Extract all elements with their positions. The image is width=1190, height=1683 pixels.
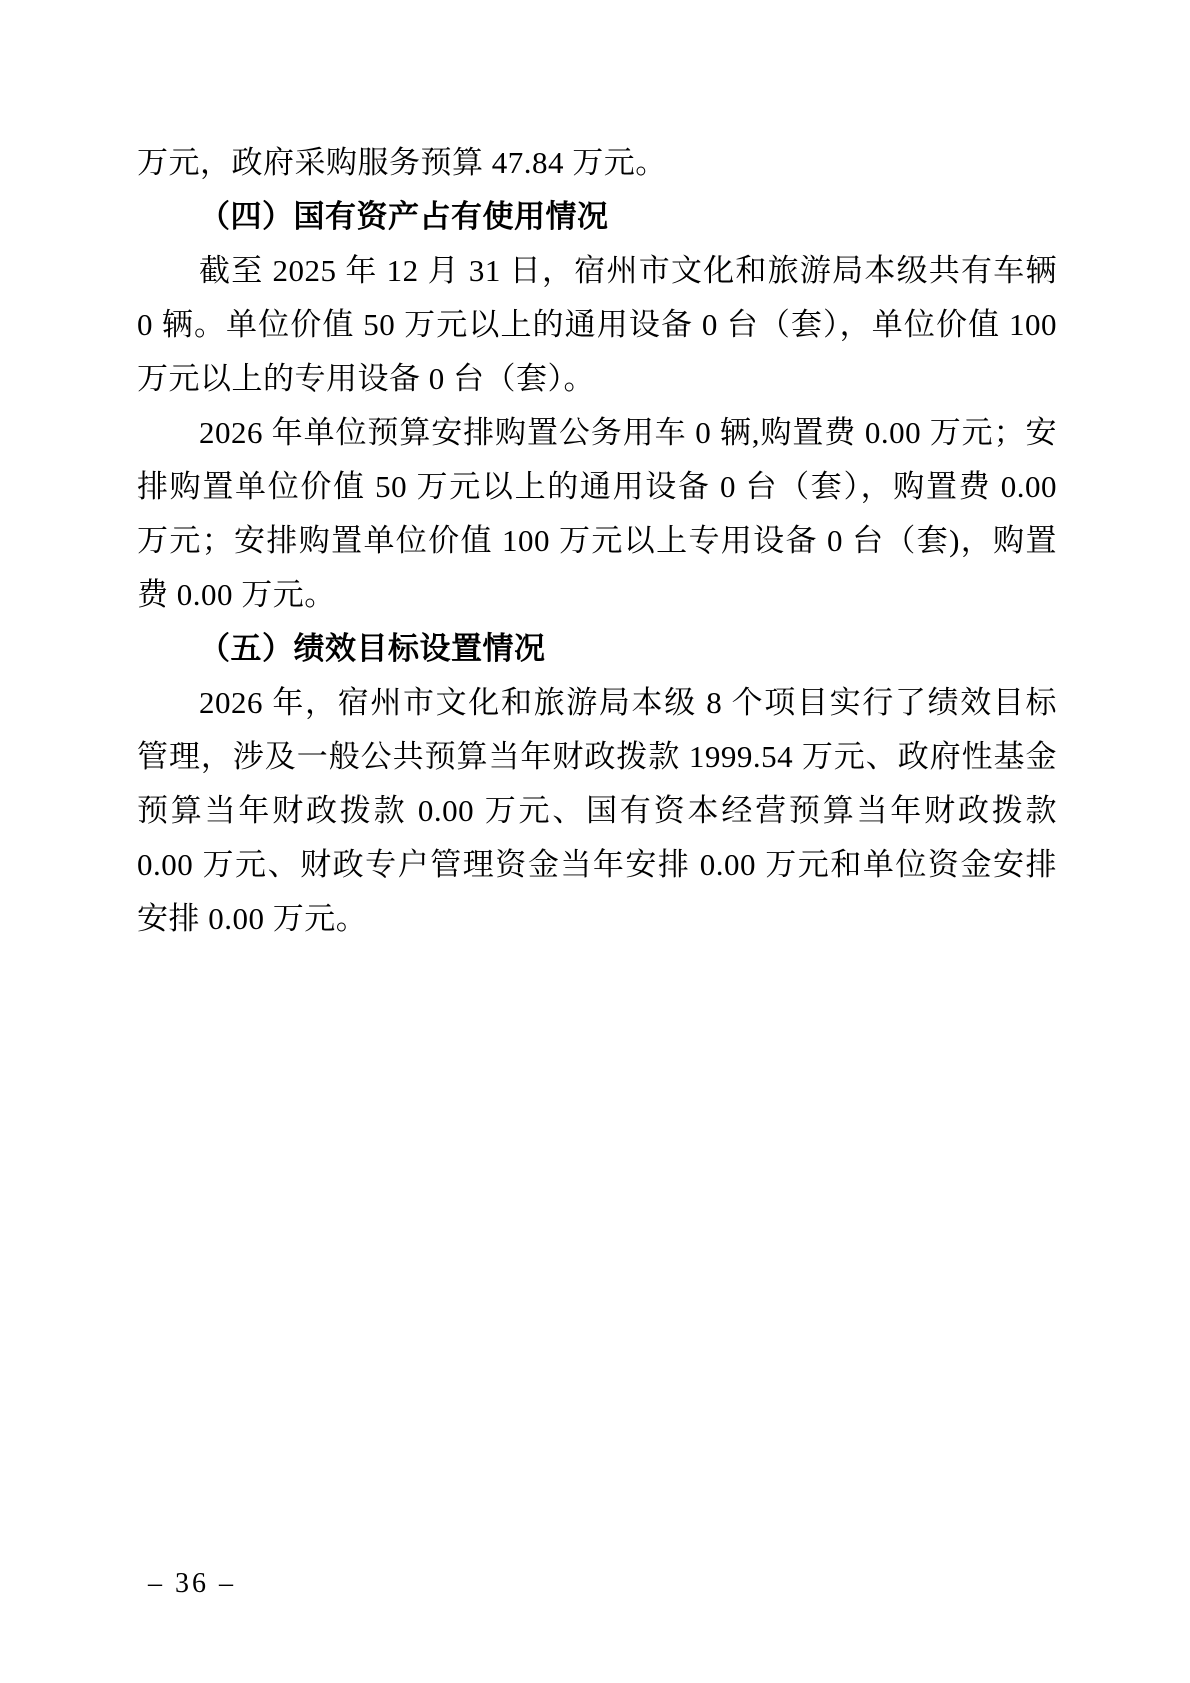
section-heading-state-assets: （四）国有资产占有使用情况 [137, 190, 1057, 244]
section-heading-performance-goals: （五）绩效目标设置情况 [137, 622, 1057, 676]
page-number: – 36 – [148, 1567, 236, 1601]
document-body: 万元，政府采购服务预算 47.84 万元。 （四）国有资产占有使用情况 截至 2… [137, 136, 1057, 946]
paragraph-procurement-plan: 2026 年单位预算安排购置公务用车 0 辆,购置费 0.00 万元；安排购置单… [137, 406, 1057, 622]
paragraph-continuation: 万元，政府采购服务预算 47.84 万元。 [137, 136, 1057, 190]
paragraph-performance-management: 2026 年，宿州市文化和旅游局本级 8 个项目实行了绩效目标管理，涉及一般公共… [137, 676, 1057, 946]
paragraph-asset-holdings: 截至 2025 年 12 月 31 日，宿州市文化和旅游局本级共有车辆 0 辆。… [137, 244, 1057, 406]
document-page: 万元，政府采购服务预算 47.84 万元。 （四）国有资产占有使用情况 截至 2… [0, 0, 1190, 1683]
